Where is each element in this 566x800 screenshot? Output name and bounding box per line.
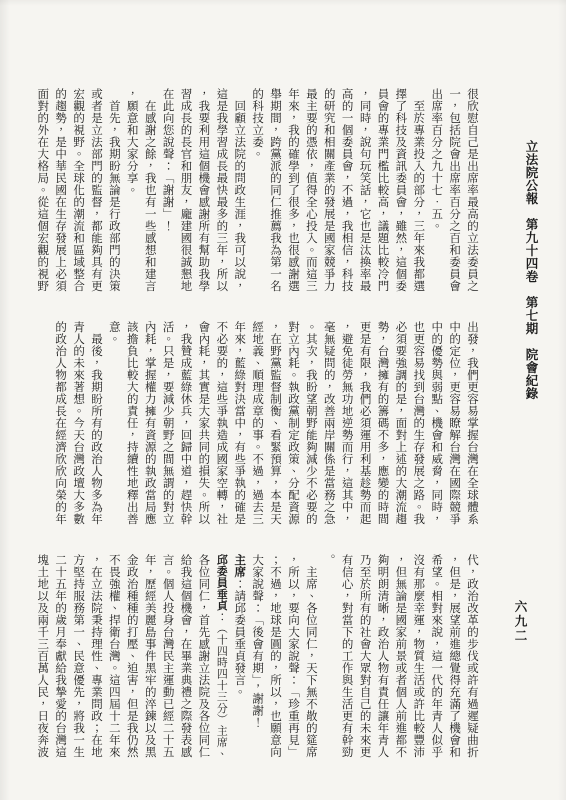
gazette-header: 立法院公報 第九十四卷 第七期 院會紀錄 — [522, 140, 540, 400]
text-column: 金政治種種的打壓、迫害，但是我仍然 — [122, 554, 140, 760]
text-column: 也更容易找到台灣的生存發展之路。我 — [408, 321, 426, 527]
text-column: 意。 — [104, 321, 122, 527]
text-column: ，但無論是國家前景或者個人前進都不 — [390, 554, 408, 760]
text-column: 不畏強權、捍衛台灣。這四屆十二年來 — [104, 554, 122, 760]
text-column: 中的定位，更容易瞭解台灣在國際競爭 — [444, 321, 462, 527]
text-column: 乃至於所有的社會大眾對自己的未來更 — [355, 554, 373, 760]
text-column: 勢，台灣擁有的籌碼不多，應變的時間 — [373, 321, 391, 527]
text-column: 宏觀的視野。全球化的潮流和區域整合 — [68, 88, 86, 294]
text-column: 在此向您說聲：「謝謝」！ — [158, 88, 176, 294]
text-column: 員會的專業門檻比較高，議題比較冷門 — [373, 88, 391, 294]
text-column: 的研究和相關產業的發展是國家競爭力 — [319, 88, 337, 294]
text-column: 沒有那麼幸運，物質生活或許比較豐沛 — [408, 554, 426, 760]
text-column: 年來，我的確學到了很多，也很感謝選 — [283, 88, 301, 294]
text-column: 青人的未來著想。今天台灣政壇大多數 — [68, 321, 86, 527]
text-column: 有信心，對當下的工作與生活更有幹勁 — [337, 554, 355, 760]
text-column: ，我贊成藍綠休兵，回歸中道，趕快幹 — [176, 321, 194, 527]
text-column: 的趨勢，是中華民國在生存發展上必須 — [50, 88, 68, 294]
text-band-middle: 出發，我們更容易掌握台灣在全球體系中的定位，更容易瞭解台灣在國際競爭中的優勢與弱… — [32, 321, 480, 527]
text-column: 的科技立委。 — [247, 88, 265, 294]
text-column: 給我這個機會，在畢業典禮之際發表感 — [176, 554, 194, 760]
text-column: ，願意和大家分享。 — [122, 88, 140, 294]
text-column: ，我要利用這個機會感謝所有幫助我學 — [194, 88, 212, 294]
text-band-top: 很欣慰自己是出席率最高的立法委員之一，包括院會出席率百分之百和委員會出席率百分之… — [32, 88, 480, 294]
text-column: ，避免徒勞無功地逆勢而行，這其中， — [337, 321, 355, 527]
text-column: 必須要強調的是，面對上述的大潮流趨 — [390, 321, 408, 527]
text-column: 。 — [319, 554, 337, 760]
text-column: 年，歷經美麗島事件黑牢的淬鍊以及黑 — [140, 554, 158, 760]
gazette-page: 立法院公報 第九十四卷 第七期 院會紀錄 六九二 很欣慰自己是出席率最高的立法委… — [0, 0, 566, 800]
text-column: 高的一個委員會，不過，我相信，科技 — [337, 88, 355, 294]
text-column: ，在野黨監督制衡、看緊預算，本是天 — [265, 321, 283, 527]
text-column: 主席、各位同仁，天下無不散的筵席 — [301, 554, 319, 760]
text-column: 活。只是，要減少朝野之間無謂的對立 — [158, 321, 176, 527]
text-column: 出發，我們更容易掌握台灣在全球體系 — [462, 321, 480, 527]
text-column: 或者是立法部門的監督，都能夠具有更 — [86, 88, 104, 294]
text-column: 塊土地以及兩千三百萬人民，日夜奔波 — [32, 554, 50, 760]
text-column: 各位同仁，首先感謝立法院及各位同仁 — [194, 554, 212, 760]
text-column: 的政治人物都成長在經濟欣欣向榮的年 — [50, 321, 68, 527]
text-column: 代，政治改革的步伐或許有過遲疑曲折 — [462, 554, 480, 760]
text-column: ；不過，地球是圓的，所以，也願意向 — [265, 554, 283, 760]
text-column: 在感謝之餘，我也有一些感想和建言 — [140, 88, 158, 294]
text-column: ，在立法院秉持理性、專業問政；在地 — [86, 554, 104, 760]
text-column: 二十五年的歲月奉獻給我摯愛的台灣這 — [50, 554, 68, 760]
text-column: 擇了科技及資訊委員會，雖然，這個委 — [390, 88, 408, 294]
text-column: 方堅持服務第一、民意優先，將我一生 — [68, 554, 86, 760]
text-column: 邱委員垂貞：（十四時四十三分）主席、 — [211, 554, 229, 760]
text-column: 大家說聲：「後會有期」，謝謝！ — [247, 554, 265, 760]
text-column: 經地義、順理成章的事。不過，過去三 — [247, 321, 265, 527]
text-column: 至於專業投入的部分，三年來我都選 — [408, 88, 426, 294]
text-column: 最後，我期盼所有的政治人物多為年 — [86, 321, 104, 527]
text-column: 回顧立法院的問政生涯，我可以說， — [229, 88, 247, 294]
page-number: 六九二 — [511, 600, 529, 644]
text-column: 內耗，掌握權力擁有資源的執政當局應 — [140, 321, 158, 527]
text-column: 一，包括院會出席率百分之百和委員會 — [444, 88, 462, 294]
text-column: 最主要的憑依，值得全心投入。而這三 — [301, 88, 319, 294]
text-band-bottom: 代，政治改革的步伐或許有過遲疑曲折，但是，展望前進總覺得充滿了機會和希望。相對來… — [32, 554, 480, 760]
text-column: 希望。相對來說，這一代的年青人似乎 — [426, 554, 444, 760]
text-column: 年來，藍綠對決當中，有些爭執的確是 — [229, 321, 247, 527]
text-column: 中的優勢與弱點、機會和威脅，同時， — [426, 321, 444, 527]
text-column: 出席率百分之九十七．五。 — [426, 88, 444, 294]
text-column: 不必要的，這些爭執造成國家空轉，社 — [211, 321, 229, 527]
text-column: 該擔負比較大的責任，持續性地釋出善 — [122, 321, 140, 527]
text-column: 面對的外在大格局。從這個宏觀的視野 — [32, 88, 50, 294]
text-column: 毫無疑問的，改善兩岸關係是當務之急 — [319, 321, 337, 527]
text-column: 這是我學習成長最快最多的三年，所以 — [211, 88, 229, 294]
text-column: 會內耗，其實是大家共同的損失。所以 — [194, 321, 212, 527]
text-column: 。其次，我盼望朝野能夠減少不必要的 — [301, 321, 319, 527]
text-column: 主席：請邱委員垂貞發言。 — [229, 554, 247, 760]
text-column: 言。個人投身台灣民主運動已經二十五 — [158, 554, 176, 760]
text-column: 對立內耗。執政黨制定政策、分配資源 — [283, 321, 301, 527]
text-column: ，所以，要向大家說聲：「珍重再見」 — [283, 554, 301, 760]
text-column: 更是有限，我們必須運用利基趁勢而起 — [355, 321, 373, 527]
text-column: ，同時，說句玩笑話，它也是汰換率最 — [355, 88, 373, 294]
text-column: 首先，我期盼無論是行政部門的決策 — [104, 88, 122, 294]
text-column: 夠明朗清晰，政治人物有責任讓年青人 — [373, 554, 391, 760]
text-column: 很欣慰自己是出席率最高的立法委員之 — [462, 88, 480, 294]
text-column: 習成長的長官和朋友，龐建國很誠懇地 — [176, 88, 194, 294]
text-column: ，但是，展望前進總覺得充滿了機會和 — [444, 554, 462, 760]
text-column: 舉期間，跨黨派的同仁推薦我為第一名 — [265, 88, 283, 294]
